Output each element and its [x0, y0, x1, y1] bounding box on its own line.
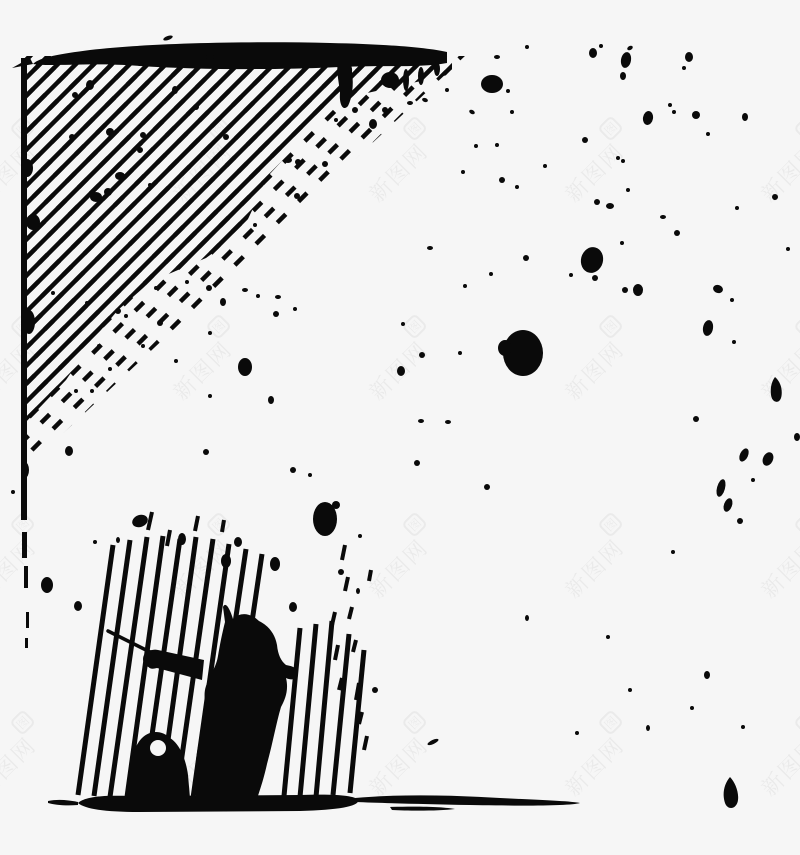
ink-dot: [794, 433, 800, 441]
ink-dot: [403, 69, 409, 91]
ink-dot: [737, 518, 743, 524]
ink-dot: [115, 172, 125, 180]
ink-dot: [338, 569, 344, 575]
ink-dot: [275, 295, 281, 299]
ink-dot: [616, 156, 620, 160]
ink-splatter-graphic: 新图网图新图网图新图网图新图网图新图网图新图网图新图网图新图网图新图网图新图网图…: [0, 0, 800, 855]
left-border: [21, 58, 27, 520]
ink-dot: [626, 188, 630, 192]
ink-dot: [706, 132, 710, 136]
ink-dot: [772, 194, 778, 200]
ink-dot: [685, 52, 693, 62]
ink-dot: [69, 134, 75, 140]
ink-dot: [356, 588, 360, 594]
ink-dot: [732, 340, 736, 344]
ink-dot: [372, 687, 378, 693]
ink-dot: [682, 66, 686, 70]
ink-dot: [295, 159, 301, 165]
ink-dot: [238, 358, 252, 376]
ink-dot: [397, 366, 405, 376]
ink-dot: [242, 288, 248, 292]
ink-dot: [137, 147, 143, 153]
ink-dot: [294, 193, 300, 199]
ink-dot: [523, 255, 529, 261]
ink-dot: [234, 537, 242, 547]
ink-dot: [786, 247, 790, 251]
ink-dot: [108, 367, 112, 371]
hump-hole: [150, 740, 166, 756]
ink-dot: [418, 419, 424, 423]
ink-dot: [358, 534, 362, 538]
ink-dot: [86, 80, 94, 90]
ink-dot: [74, 601, 82, 611]
ink-dot: [592, 275, 598, 281]
ink-dot: [208, 394, 212, 398]
ink-dot: [148, 183, 152, 187]
ink-dot: [569, 273, 573, 277]
ink-dot: [674, 230, 680, 236]
ink-dot: [289, 602, 297, 612]
ink-dot: [646, 725, 650, 731]
ink-dot: [106, 128, 114, 136]
ink-dot: [582, 137, 588, 143]
ink-dot: [414, 460, 420, 466]
ink-dot: [332, 501, 340, 509]
ink-dot: [141, 344, 145, 348]
ink-dot: [622, 287, 628, 293]
ink-dot: [85, 301, 89, 305]
ink-dot: [401, 322, 405, 326]
ink-dot: [692, 111, 700, 119]
ink-dot: [730, 298, 734, 302]
ink-dot: [104, 188, 112, 196]
ink-dot: [484, 484, 490, 490]
ink-dot: [90, 192, 102, 202]
ink-dot: [671, 550, 675, 554]
ink-dot: [543, 164, 547, 168]
left-border-bulge: [21, 159, 33, 177]
ink-dot: [308, 473, 312, 477]
ink-dot: [124, 314, 128, 318]
ink-dot: [735, 206, 739, 210]
ink-dot: [154, 286, 158, 290]
ink-dot: [461, 170, 465, 174]
ink-dot: [74, 389, 78, 393]
ink-dot: [381, 72, 399, 88]
left-border-dash: [24, 566, 28, 588]
ink-dot: [525, 45, 529, 49]
figure-arm-ball: [143, 650, 163, 668]
ink-dot: [223, 134, 229, 140]
ink-dot: [334, 118, 338, 122]
ink-dot: [621, 159, 625, 163]
ink-dot: [293, 307, 297, 311]
ink-dot: [660, 215, 666, 219]
left-border-dash: [26, 612, 29, 628]
ink-dot: [220, 298, 226, 306]
ink-dot: [65, 446, 73, 456]
left-border-dash: [22, 532, 27, 558]
ink-dot: [427, 246, 433, 250]
ink-dot: [72, 92, 78, 98]
ink-dot: [463, 284, 467, 288]
ink-dot: [418, 67, 424, 85]
left-border-dash: [25, 638, 28, 648]
ink-dot: [253, 223, 257, 227]
ink-dot: [515, 185, 519, 189]
ink-dot: [115, 308, 121, 314]
ink-splatter-canvas: 新图网图新图网图新图网图新图网图新图网图新图网图新图网图新图网图新图网图新图网图…: [0, 0, 800, 855]
ink-dot: [693, 416, 699, 422]
ink-dot: [284, 157, 292, 163]
ink-dot: [741, 725, 745, 729]
ink-dot: [434, 62, 440, 76]
ink-dot: [206, 285, 212, 291]
ink-dot: [751, 478, 755, 482]
left-border-bulge: [21, 462, 29, 478]
ink-dot: [221, 554, 231, 568]
ink-dot: [208, 331, 212, 335]
ink-dot: [495, 143, 499, 147]
ink-dot: [270, 557, 280, 571]
stripe-dash: [222, 520, 224, 532]
ink-dot: [620, 72, 626, 80]
ink-dot: [506, 89, 510, 93]
ink-dot: [140, 132, 146, 138]
ink-dot: [510, 110, 514, 114]
ink-dot: [672, 110, 676, 114]
ink-dot: [256, 294, 260, 298]
ink-dot: [575, 731, 579, 735]
ink-dot: [352, 107, 358, 113]
ink-dot: [481, 75, 503, 93]
ink-dot: [41, 577, 53, 593]
ink-dot: [206, 54, 214, 60]
ink-dot: [589, 48, 597, 58]
ink-dot: [51, 291, 55, 295]
ink-dot: [628, 688, 632, 692]
ink-dot: [369, 119, 377, 129]
ink-dot: [620, 241, 624, 245]
ink-dot: [193, 104, 199, 110]
ink-dot: [599, 44, 603, 48]
ink-dot: [445, 88, 449, 92]
ink-dot: [273, 311, 279, 317]
ink-dot: [203, 449, 209, 455]
ink-dot: [494, 55, 500, 59]
ink-dot: [174, 359, 178, 363]
ink-dot: [407, 101, 413, 105]
ink-dot: [594, 199, 600, 205]
ink-dot: [419, 352, 425, 358]
ink-dot: [668, 103, 672, 107]
ink-dot: [458, 351, 462, 355]
ink-dot: [498, 340, 512, 356]
ink-dot: [525, 615, 529, 621]
ink-dot: [290, 467, 296, 473]
ink-dot: [11, 490, 15, 494]
ink-dot: [474, 144, 478, 148]
ink-dot: [690, 706, 694, 710]
ink-dot: [26, 214, 40, 230]
stripe-dash: [369, 570, 371, 581]
ink-dot: [606, 635, 610, 639]
ink-dot: [489, 272, 493, 276]
ink-dot: [178, 533, 186, 545]
ink-dot: [172, 86, 178, 94]
ink-dot: [704, 671, 710, 679]
ink-dot: [93, 540, 97, 544]
ink-dot: [606, 203, 614, 209]
ink-dot: [322, 161, 328, 167]
ink-dot: [97, 344, 101, 348]
ink-dot: [633, 284, 643, 296]
ink-dot: [116, 537, 120, 543]
ink-dot: [90, 389, 94, 393]
ink-dot: [499, 177, 505, 183]
ink-dot: [268, 396, 274, 404]
ink-dot: [445, 420, 451, 424]
ink-dot: [185, 280, 189, 284]
ink-dot: [742, 113, 748, 121]
left-border-bulge: [23, 310, 35, 334]
ink-dot: [157, 320, 163, 326]
ink-dot: [382, 107, 388, 113]
